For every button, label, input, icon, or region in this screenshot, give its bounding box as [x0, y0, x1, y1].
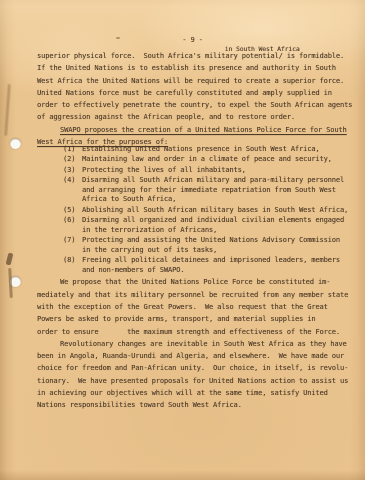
page-number: - 9 -: [37, 36, 348, 44]
list-item-text: Abolishing all South African military ba…: [82, 206, 348, 216]
text-line: in achieving our objectives which will a…: [37, 387, 357, 399]
text-line: choice for freedom and Pan-African unity…: [37, 362, 357, 374]
list-item-text: Maintaining law and order in a climate o…: [82, 155, 332, 165]
paper-edge-mark: [6, 253, 14, 266]
text-line: been in Angola, Ruanda-Urundi and Algeri…: [37, 350, 357, 362]
text-line-with-insertion: superior physical force. South Africa's …: [37, 50, 357, 62]
list-item-text: Disarming all organized and individual c…: [82, 216, 344, 235]
insertion-anchor: in South West Africapotential/ is formid…: [242, 50, 344, 62]
paragraph-1-lines: If the United Nations is to establish it…: [37, 62, 357, 123]
text-line: in the terrorization of Africans,: [82, 226, 344, 236]
list-item-number: (6): [63, 216, 82, 235]
text-line: tionary. We have presented proposals for…: [37, 375, 357, 387]
list-item-number: (2): [63, 155, 82, 165]
text-line: in the carrying out of its tasks,: [82, 246, 340, 256]
text-line: Africa to South Africa,: [82, 195, 344, 205]
text-line: with the exception of the Great Powers. …: [37, 301, 357, 313]
list-item: (4)Disarming all South African military …: [63, 176, 357, 205]
list-item: (5)Abolishing all South African military…: [63, 206, 357, 216]
text-line: and arranging for their immediate repatr…: [82, 186, 344, 196]
text-line: Revolutionary changes are inevitable in …: [37, 338, 357, 350]
page-content: superior physical force. South Africa's …: [37, 50, 357, 412]
text-line: mediately and that its military personne…: [37, 289, 357, 301]
text-line: We propose that the United Nations Polic…: [37, 276, 357, 288]
text-line: Protecting the lives of all inhabitants,: [82, 166, 246, 176]
text-line: If the United Nations is to establish it…: [37, 62, 357, 74]
text-line: Freeing all political detainees and impr…: [82, 256, 340, 266]
text-line: Establishing United Nations presence in …: [82, 145, 319, 155]
list-item-number: (1): [63, 145, 82, 155]
text-line: and non-members of SWAPO.: [82, 266, 340, 276]
list-item-text: Protecting the lives of all inhabitants,: [82, 166, 246, 176]
document-page: - 9 - superior physical force. South Afr…: [0, 0, 365, 480]
list-item-number: (4): [63, 176, 82, 205]
list-item: (8)Freeing all political detainees and i…: [63, 256, 357, 275]
list-item: (6)Disarming all organized and individua…: [63, 216, 357, 235]
text-line: Powers be asked to provide arms, transpo…: [37, 313, 357, 325]
text-line: order to ensure the maximum strength and…: [37, 326, 357, 338]
line1-before: superior physical force. South Africa's …: [37, 52, 242, 60]
list-item-text: Disarming all South African military and…: [82, 176, 344, 205]
text-line: Maintaining law and order in a climate o…: [82, 155, 332, 165]
text-line: West Africa the United Nations will be r…: [37, 75, 357, 87]
paragraph-3: Revolutionary changes are inevitable in …: [37, 338, 357, 412]
list-item-number: (5): [63, 206, 82, 216]
text-line: order to effectively penetrate the count…: [37, 99, 357, 111]
list-item: (7)Protecting and assisting the United N…: [63, 236, 357, 255]
list-item-number: (7): [63, 236, 82, 255]
list-item-number: (3): [63, 166, 82, 176]
paper-crease: [4, 84, 11, 136]
list-item: (3)Protecting the lives of all inhabitan…: [63, 166, 357, 176]
text-line: Nations responsibilities toward South We…: [37, 399, 357, 411]
text-line: United Nations force must be carefully c…: [37, 87, 357, 99]
paragraph-2: We propose that the United Nations Polic…: [37, 276, 357, 337]
text-line: SWAPO proposes the creation of a United …: [37, 124, 357, 136]
list-item: (2)Maintaining law and order in a climat…: [63, 155, 357, 165]
list-item: (1)Establishing United Nations presence …: [63, 145, 357, 155]
text-line: Abolishing all South African military ba…: [82, 206, 348, 216]
text-line: Disarming all organized and individual c…: [82, 216, 344, 226]
list-item-number: (8): [63, 256, 82, 275]
typed-insertion: in South West Africa: [225, 43, 300, 55]
list-item-text: Establishing United Nations presence in …: [82, 145, 319, 155]
list-item-text: Protecting and assisting the United Nati…: [82, 236, 340, 255]
text-line: of aggression against the African people…: [37, 111, 357, 123]
list-item-text: Freeing all political detainees and impr…: [82, 256, 340, 275]
paragraph-1: superior physical force. South Africa's …: [37, 50, 357, 124]
text-line: Disarming all South African military and…: [82, 176, 344, 186]
punch-hole-top: [10, 138, 21, 149]
text-line: Protecting and assisting the United Nati…: [82, 236, 340, 246]
numbered-list: (1)Establishing United Nations presence …: [63, 145, 357, 276]
